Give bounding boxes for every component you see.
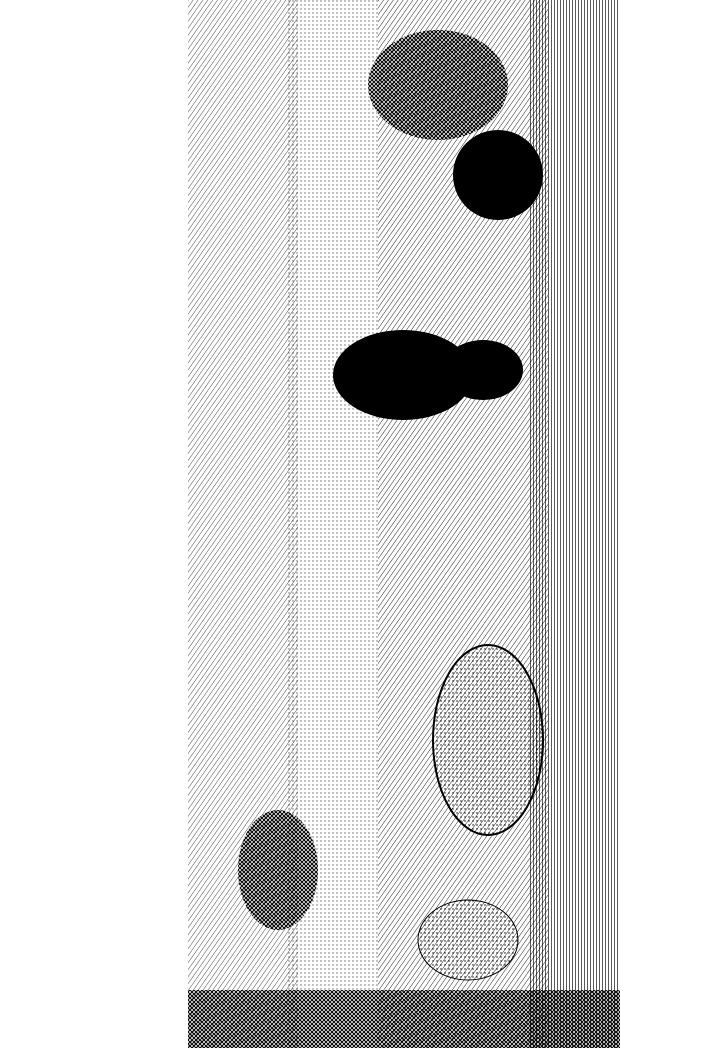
engraving-image [188, 0, 620, 1048]
